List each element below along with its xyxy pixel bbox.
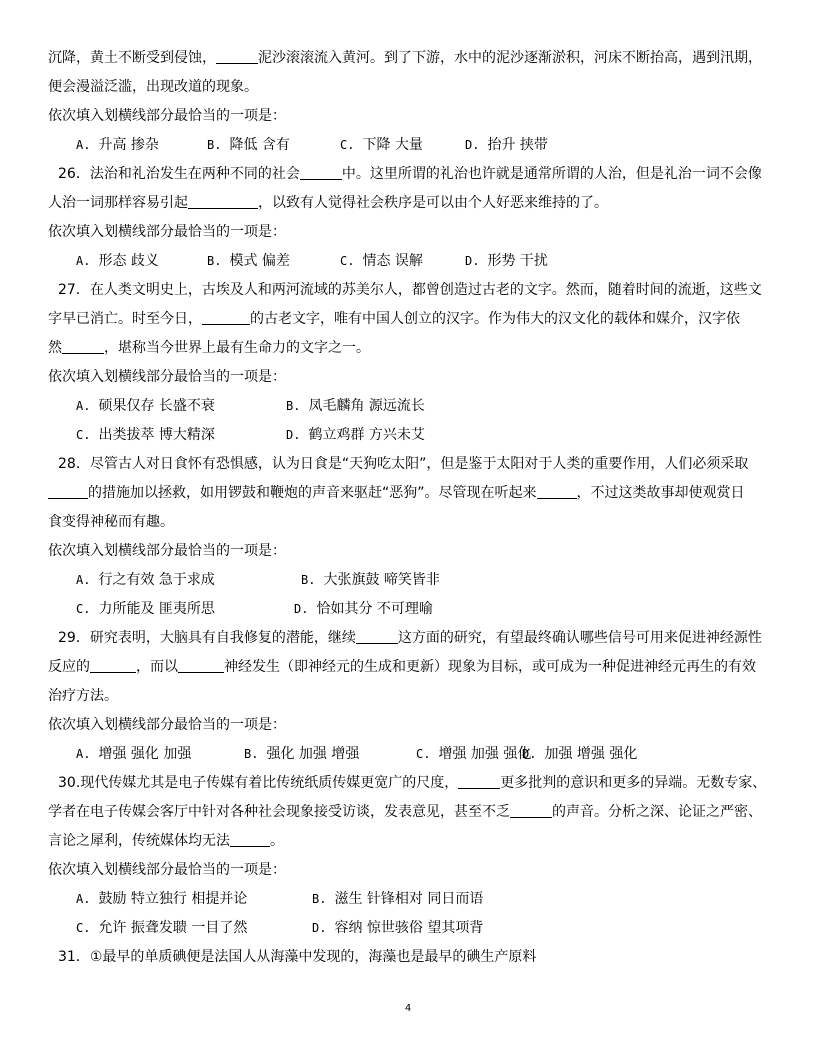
q25-line-2: 便会漫溢泛滥，出现改道的现象。 [48,73,770,102]
option-label: B. [301,566,315,595]
text: 。 [270,833,284,849]
text: 这方面的研究，有望最终确认哪些信号可用来促进神经源性 [398,630,762,646]
option-text: 抬升 挟带 [487,137,547,153]
option-d: D.加强 增强 强化 [522,740,637,769]
answer-blank [510,803,552,818]
q27-options-row-2: C.出类拔萃 博大精深D.鹤立鸡群 方兴未艾 [48,421,770,450]
option-a: A.行之有效 急于求成 [76,566,301,595]
text: 的声音。分析之深、论证之严密、 [552,804,762,820]
text: 便会漫溢泛滥，出现改道的现象。 [48,79,258,95]
option-d: D.恰如其分 不可理喻 [294,595,433,624]
option-text: 形势 干扰 [487,253,547,269]
text: ，以致有人觉得社会秩序是可以由个人好恶来维持的了。 [258,195,608,211]
text: ，而以 [136,659,178,675]
option-text: 情态 误解 [362,253,422,269]
option-d: D.鹤立鸡群 方兴未艾 [286,421,425,450]
text: ，不过这类故事却使观赏日 [577,485,745,501]
text: 然 [48,340,62,356]
option-text: 大张旗鼓 啼笑皆非 [323,572,439,588]
text: ，堪称当今世界上最有生命力的文字之一。 [104,340,370,356]
option-text: 鹤立鸡群 方兴未艾 [308,427,424,443]
option-label: B. [312,885,326,914]
option-d: D.容纳 惊世骇俗 望其项背 [312,914,483,943]
option-text: 加强 增强 强化 [544,746,637,762]
option-text: 形态 歧义 [98,253,158,269]
text: 反应的 [48,659,90,675]
option-label: C. [76,595,90,624]
option-b: B.大张旗鼓 啼笑皆非 [301,566,440,595]
option-label: D. [286,421,300,450]
answer-blank [458,774,500,789]
answer-blank [230,832,270,847]
option-text: 强化 加强 增强 [266,746,359,762]
q28-line-3: 食变得神秘而有趣。 [48,508,770,537]
q25-instruction: 依次填入划横线部分最恰当的一项是： [48,102,770,131]
option-label: C. [76,421,90,450]
q28-options-row-2: C.力所能及 匪夷所思D.恰如其分 不可理喻 [48,595,770,624]
text: 字早已消亡。时至今日， [48,311,202,327]
q25-options: A.升高 掺杂B.降低 含有C.下降 大量D.抬升 挟带 [48,131,770,160]
option-d: D.形势 干扰 [465,247,548,276]
text: 的古老文字，唯有中国人创立的汉字。作为伟大的汉文化的载体和媒介，汉字依 [250,311,740,327]
option-label: B. [244,740,258,769]
page-number: 4 [0,1003,816,1014]
answer-blank [202,310,250,325]
option-label: C. [340,131,354,160]
option-label: C. [76,914,90,943]
q26-instruction: 依次填入划横线部分最恰当的一项是： [48,218,770,247]
answer-blank [62,339,104,354]
q26-line-1: 26．法治和礼治发生在两种不同的社会中。这里所谓的礼治也许就是通常所谓的人治，但… [48,160,770,189]
option-label: C. [340,247,354,276]
option-b: B.强化 加强 增强 [244,740,416,769]
option-text: 凤毛麟角 源远流长 [308,398,424,414]
text: 学者在电子传媒会客厅中针对各种社会现象接受访谈，发表意见，甚至不乏 [48,804,510,820]
option-label: D. [465,131,479,160]
text: 沉降，黄土不断受到侵蚀， [48,50,216,66]
option-label: A. [76,392,90,421]
option-d: D.抬升 挟带 [465,131,548,160]
option-c: C.情态 误解 [340,247,465,276]
q28-line-1: 28．尽管古人对日食怀有恐惧感，认为日食是“天狗吃太阳”，但是鉴于太阳对于人类的… [48,450,770,479]
q30-line-1: 30.现代传媒尤其是电子传媒有着比传统纸质传媒更宽广的尺度，更多批判的意识和更多… [48,769,770,798]
document-page: 沉降，黄土不断受到侵蚀，泥沙滚滚流入黄河。到了下游，水中的泥沙逐渐淤积，河床不断… [48,44,770,972]
answer-blank [216,49,258,64]
text: 神经发生（即神经元的生成和更新）现象为目标，或可成为一种促进神经元再生的有效 [224,659,756,675]
answer-blank [356,629,398,644]
q28-instruction: 依次填入划横线部分最恰当的一项是： [48,537,770,566]
text: 26．法治和礼治发生在两种不同的社会 [58,166,300,182]
q27-options-row-1: A.硕果仅存 长盛不衰B.凤毛麟角 源远流长 [48,392,770,421]
option-b: B.凤毛麟角 源远流长 [286,392,425,421]
option-text: 降低 含有 [229,137,289,153]
answer-blank [90,658,136,673]
option-c: C.下降 大量 [340,131,465,160]
option-text: 出类拔萃 博大精深 [98,427,214,443]
option-text: 鼓励 特立独行 相提并论 [98,891,247,907]
q27-instruction: 依次填入划横线部分最恰当的一项是： [48,363,770,392]
q29-line-3: 治疗方法。 [48,682,770,711]
q29-line-2: 反应的，而以神经发生（即神经元的生成和更新）现象为目标，或可成为一种促进神经元再… [48,653,770,682]
q29-instruction: 依次填入划横线部分最恰当的一项是： [48,711,770,740]
option-label: A. [76,885,90,914]
option-a: A.增强 强化 加强 [76,740,244,769]
answer-blank [188,194,258,209]
option-label: D. [294,595,308,624]
option-label: C. [416,740,430,769]
option-label: A. [76,740,90,769]
answer-blank [178,658,224,673]
q27-line-3: 然，堪称当今世界上最有生命力的文字之一。 [48,334,770,363]
text: 的措施加以拯救，如用锣鼓和鞭炮的声音来驱赶“恶狗”。尽管现在听起来 [88,485,537,501]
text: 30.现代传媒尤其是电子传媒有着比传统纸质传媒更宽广的尺度， [58,775,458,791]
option-text: 下降 大量 [362,137,422,153]
option-c: C.增强 加强 强化 [416,740,522,769]
text: 29．研究表明，大脑具有自我修复的潜能，继续 [58,630,356,646]
q31-line-1: 31．①最早的单质碘便是法国人从海藻中发现的，海藻也是最早的碘生产原料 [48,943,770,972]
option-a: A.硕果仅存 长盛不衰 [76,392,286,421]
q29-line-1: 29．研究表明，大脑具有自我修复的潜能，继续这方面的研究，有望最终确认哪些信号可… [48,624,770,653]
option-c: C.出类拔萃 博大精深 [76,421,286,450]
text: 泥沙滚滚流入黄河。到了下游，水中的泥沙逐渐淤积，河床不断抬高，遇到汛期， [258,50,762,66]
option-b: B.模式 偏差 [207,247,340,276]
option-label: B. [207,247,221,276]
option-a: A.升高 掺杂 [76,131,207,160]
option-a: A.鼓励 特立独行 相提并论 [76,885,312,914]
option-c: C.允许 振聋发聩 一目了然 [76,914,312,943]
q30-instruction: 依次填入划横线部分最恰当的一项是： [48,856,770,885]
text: 人治一词那样容易引起 [48,195,188,211]
q27-line-2: 字早已消亡。时至今日，的古老文字，唯有中国人创立的汉字。作为伟大的汉文化的载体和… [48,305,770,334]
q30-options-row-2: C.允许 振聋发聩 一目了然D.容纳 惊世骇俗 望其项背 [48,914,770,943]
q30-line-3: 言论之犀利，传统媒体均无法。 [48,827,770,856]
option-text: 容纳 惊世骇俗 望其项背 [334,920,483,936]
answer-blank [300,165,342,180]
q25-line-1: 沉降，黄土不断受到侵蚀，泥沙滚滚流入黄河。到了下游，水中的泥沙逐渐淤积，河床不断… [48,44,770,73]
option-label: A. [76,247,90,276]
option-c: C.力所能及 匪夷所思 [76,595,294,624]
q26-line-2: 人治一词那样容易引起，以致有人觉得社会秩序是可以由个人好恶来维持的了。 [48,189,770,218]
option-text: 允许 振聋发聩 一目了然 [98,920,247,936]
option-a: A.形态 歧义 [76,247,207,276]
option-text: 升高 掺杂 [98,137,158,153]
option-text: 硕果仅存 长盛不衰 [98,398,214,414]
option-text: 行之有效 急于求成 [98,572,214,588]
option-text: 滋生 针锋相对 同日而语 [334,891,483,907]
text: 更多批判的意识和更多的异端。无数专家、 [500,775,766,791]
option-label: D. [312,914,326,943]
q30-options-row-1: A.鼓励 特立独行 相提并论B.滋生 针锋相对 同日而语 [48,885,770,914]
option-text: 恰如其分 不可理喻 [316,601,432,617]
answer-blank [537,484,577,499]
q30-line-2: 学者在电子传媒会客厅中针对各种社会现象接受访谈，发表意见，甚至不乏的声音。分析之… [48,798,770,827]
option-label: D. [465,247,479,276]
answer-blank [48,484,88,499]
option-label: B. [286,392,300,421]
option-text: 增强 强化 加强 [98,746,191,762]
option-label: B. [207,131,221,160]
text: 言论之犀利，传统媒体均无法 [48,833,230,849]
option-b: B.降低 含有 [207,131,340,160]
text: 中。这里所谓的礼治也许就是通常所谓的人治，但是礼治一词不会像 [342,166,762,182]
q29-options: A.增强 强化 加强B.强化 加强 增强C.增强 加强 强化D.加强 增强 强化 [48,740,770,769]
option-label: A. [76,131,90,160]
option-label: A. [76,566,90,595]
q27-line-1: 27．在人类文明史上，古埃及人和两河流域的苏美尔人，都曾创造过古老的文字。然而，… [48,276,770,305]
option-text: 增强 加强 强化 [438,746,531,762]
q28-line-2: 的措施加以拯救，如用锣鼓和鞭炮的声音来驱赶“恶狗”。尽管现在听起来，不过这类故事… [48,479,770,508]
option-text: 模式 偏差 [229,253,289,269]
q26-options: A.形态 歧义B.模式 偏差C.情态 误解D.形势 干扰 [48,247,770,276]
q28-options-row-1: A.行之有效 急于求成B.大张旗鼓 啼笑皆非 [48,566,770,595]
option-text: 力所能及 匪夷所思 [98,601,214,617]
option-label: D. [522,740,536,769]
option-b: B.滋生 针锋相对 同日而语 [312,885,483,914]
